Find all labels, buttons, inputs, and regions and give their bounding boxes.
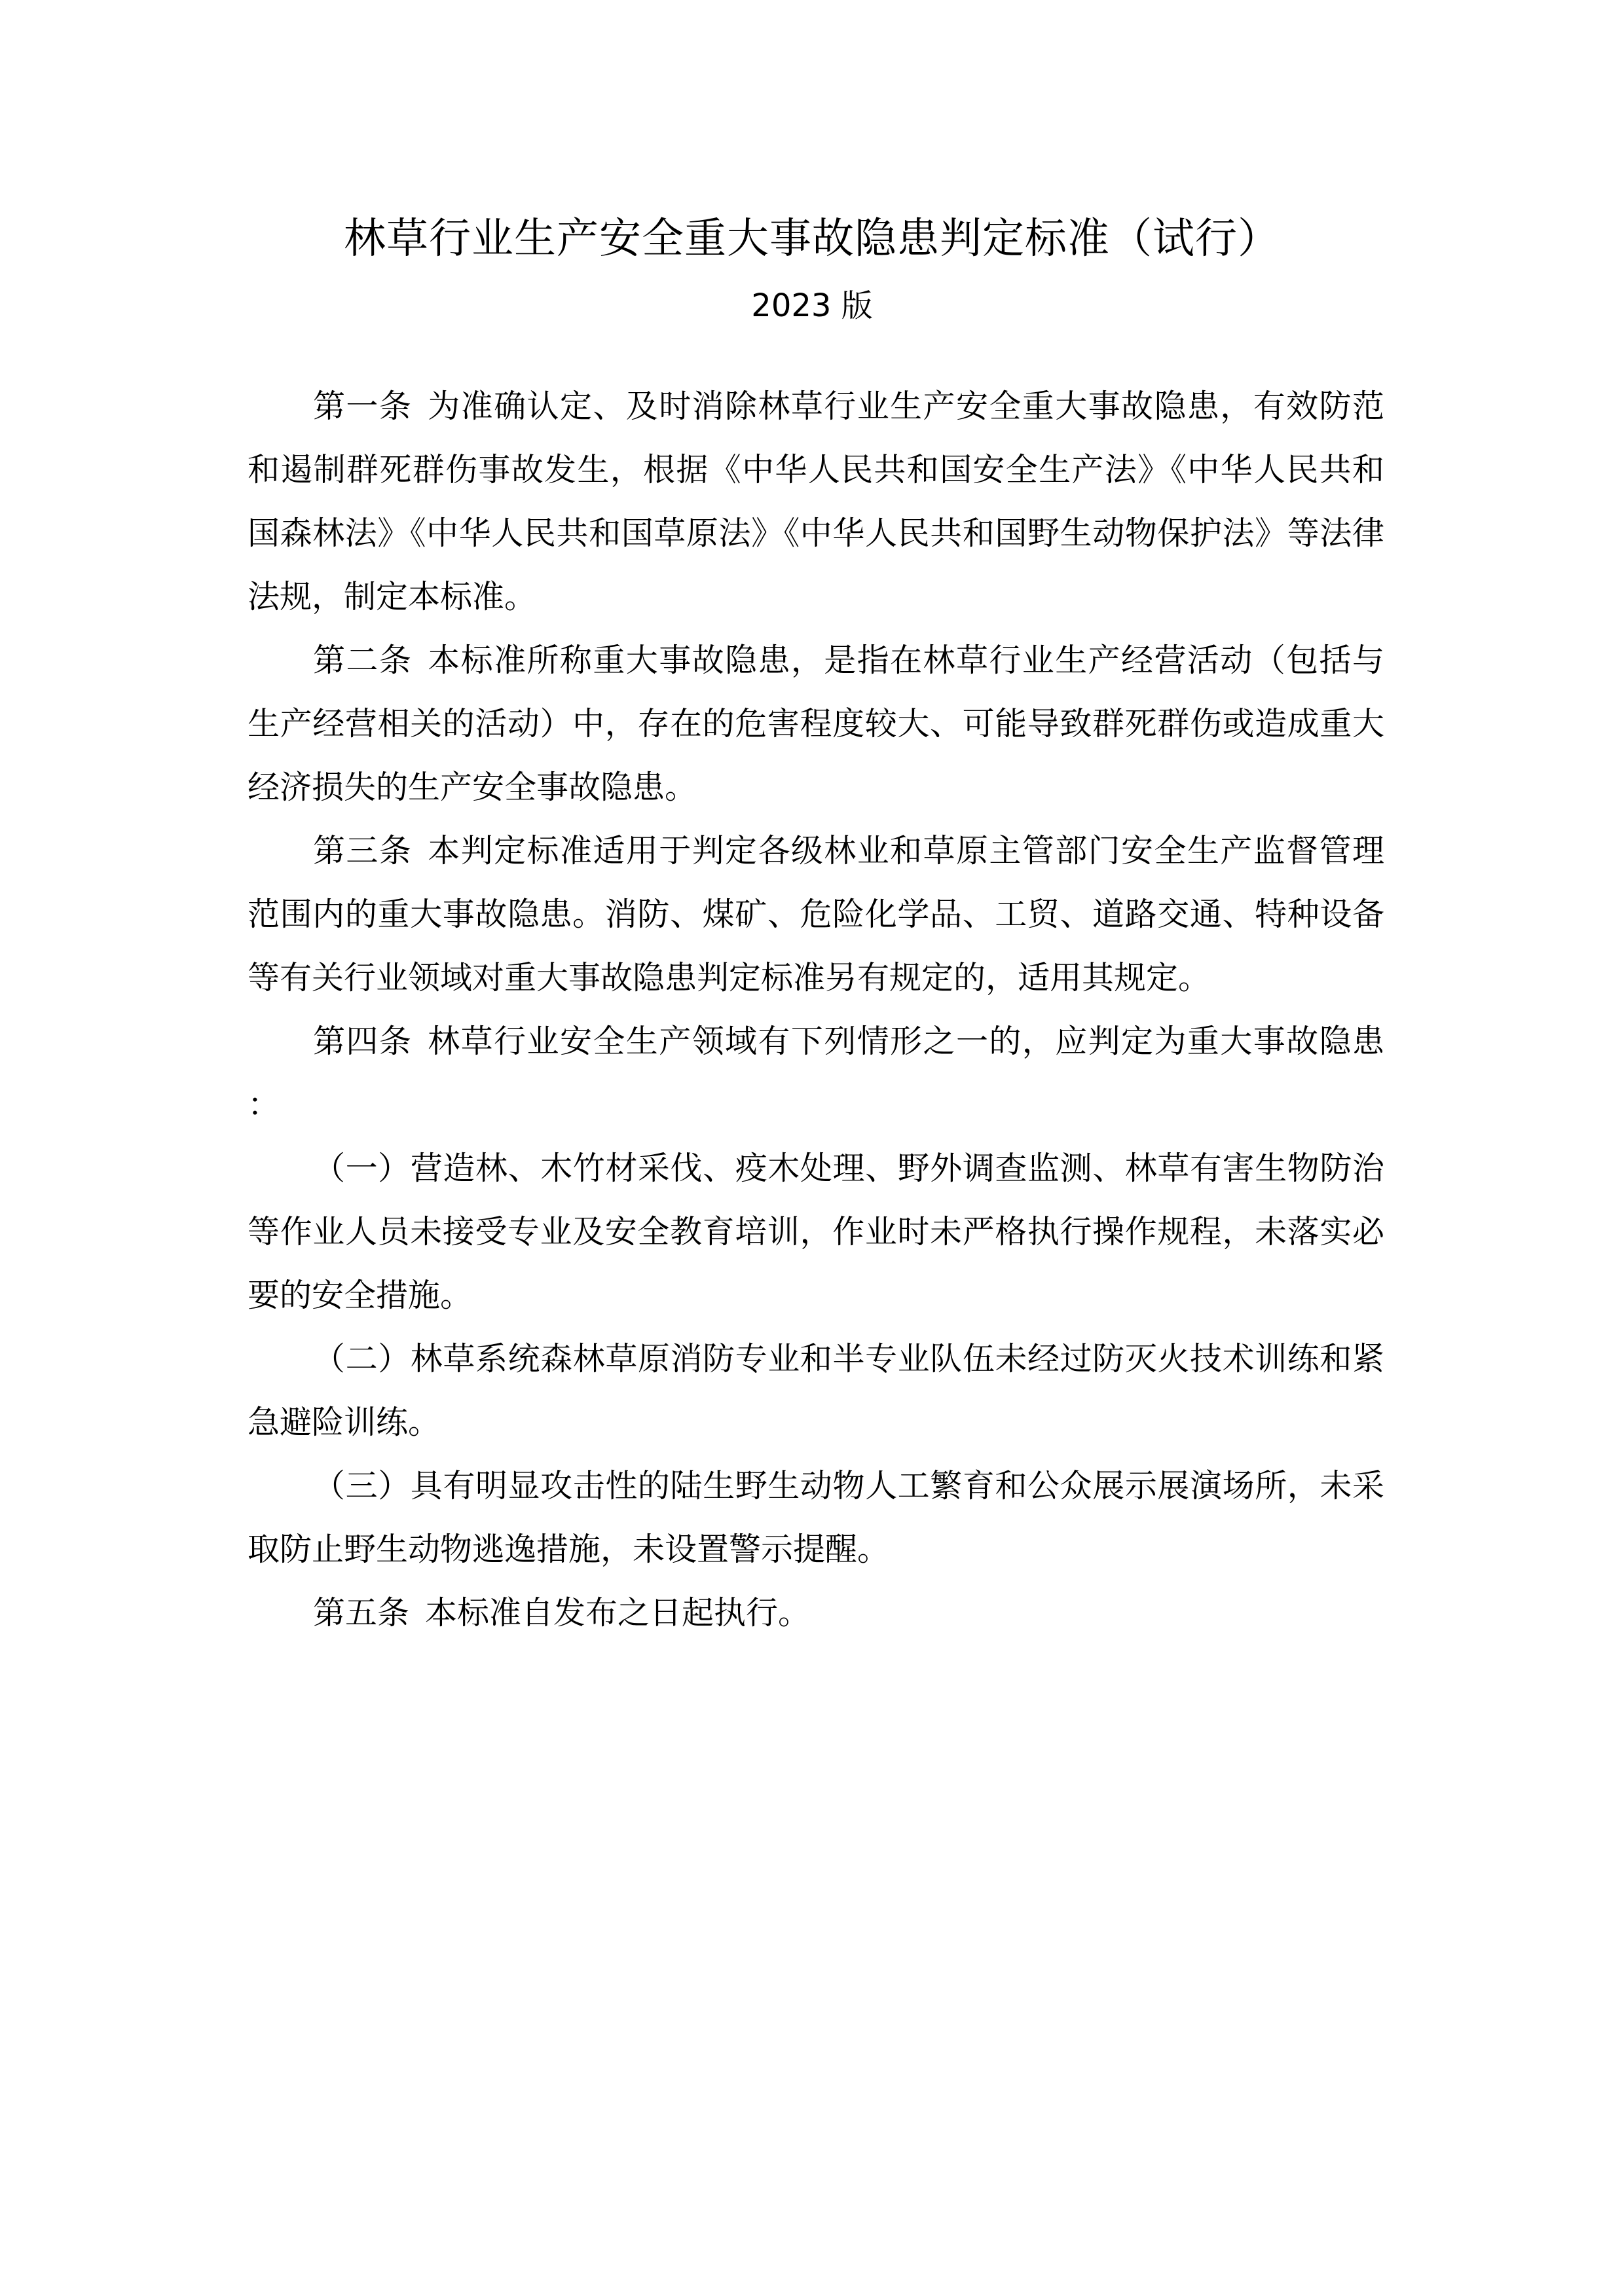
list-item-1: （一）营造林、木竹材采伐、疫木处理、野外调查监测、林草有害生物防治等作业人员未接… — [248, 1137, 1384, 1327]
article-label: 第五条 — [313, 1594, 409, 1631]
article-2: 第二条本标准所称重大事故隐患，是指在林草行业生产经营活动（包括与生产经营相关的活… — [248, 629, 1384, 819]
article-label: 第四条 — [313, 1023, 412, 1060]
article-text: 为准确认定、及时消除林草行业生产安全重大事故隐患，有效防范和遏制群死群伤事故发生… — [248, 388, 1384, 615]
article-4: 第四条林草行业安全生产领域有下列情形之一的，应判定为重大事故隐患： — [248, 1010, 1384, 1137]
article-label: 第一条 — [313, 388, 412, 425]
document-title: 林草行业生产安全重大事故隐患判定标准（试行） — [0, 210, 1624, 268]
item-text: 营造林、木竹材采伐、疫木处理、野外调查监测、林草有害生物防治等作业人员未接受专业… — [248, 1150, 1384, 1314]
item-label: （三） — [313, 1467, 411, 1504]
list-item-3: （三）具有明显攻击性的陆生野生动物人工繁育和公众展示展演场所，未采取防止野生动物… — [248, 1454, 1384, 1581]
document-body: 第一条为准确认定、及时消除林草行业生产安全重大事故隐患，有效防范和遏制群死群伤事… — [248, 374, 1384, 1645]
article-text: 本标准自发布之日起执行。 — [425, 1594, 810, 1631]
document-version: 2023 版 — [0, 283, 1624, 329]
article-text: 林草行业安全生产领域有下列情形之一的，应判定为重大事故隐患： — [248, 1023, 1384, 1123]
article-text: 本标准所称重大事故隐患，是指在林草行业生产经营活动（包括与生产经营相关的活动）中… — [248, 642, 1384, 806]
list-item-2: （二）林草系统森林草原消防专业和半专业队伍未经过防灭火技术训练和紧急避险训练。 — [248, 1327, 1384, 1454]
article-label: 第二条 — [313, 642, 412, 679]
item-text: 林草系统森林草原消防专业和半专业队伍未经过防灭火技术训练和紧急避险训练。 — [248, 1340, 1384, 1441]
article-label: 第三条 — [313, 832, 412, 869]
item-label: （一） — [313, 1150, 411, 1187]
document-page: 林草行业生产安全重大事故隐患判定标准（试行） 2023 版 第一条为准确认定、及… — [0, 0, 1624, 2296]
article-1: 第一条为准确认定、及时消除林草行业生产安全重大事故隐患，有效防范和遏制群死群伤事… — [248, 374, 1384, 629]
article-3: 第三条本判定标准适用于判定各级林业和草原主管部门安全生产监督管理范围内的重大事故… — [248, 819, 1384, 1010]
article-text: 本判定标准适用于判定各级林业和草原主管部门安全生产监督管理范围内的重大事故隐患。… — [248, 832, 1384, 996]
article-5: 第五条本标准自发布之日起执行。 — [248, 1581, 1384, 1645]
item-label: （二） — [313, 1340, 411, 1377]
item-text: 具有明显攻击性的陆生野生动物人工繁育和公众展示展演场所，未采取防止野生动物逃逸措… — [248, 1467, 1384, 1568]
